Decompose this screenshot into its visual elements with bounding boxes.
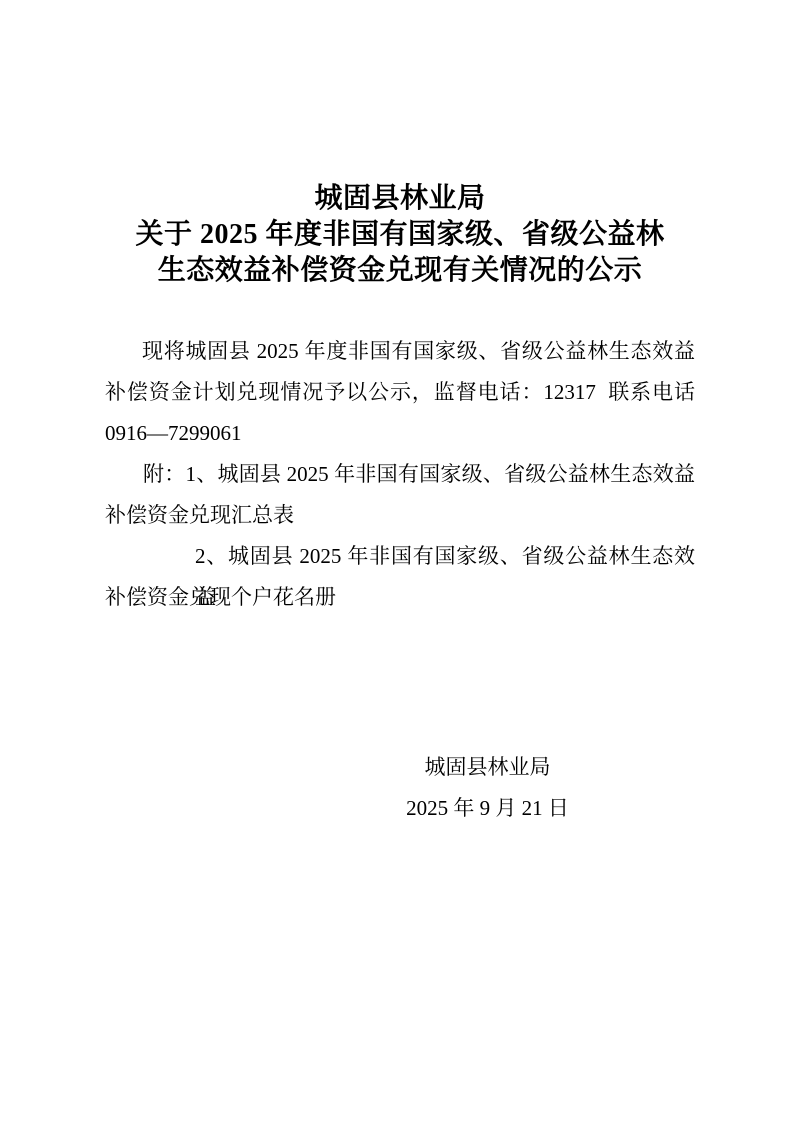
title-line-subject-2: 生态效益补偿资金兑现有关情况的公示 (105, 253, 695, 289)
signature-date: 2025 年 9 月 21 日 (280, 788, 695, 829)
document-title: 城固县林业局 关于 2025 年度非国有国家级、省级公益林 生态效益补偿资金兑现… (105, 181, 695, 289)
body-line: 0916—7299061 (105, 413, 695, 454)
title-line-subject-1: 关于 2025 年度非国有国家级、省级公益林 (105, 217, 695, 253)
body-line: 补偿资金兑现个户花名册 (105, 577, 695, 618)
body-line: 附：1、城固县 2025 年非国有国家级、省级公益林生态效益 (105, 454, 695, 495)
body-line: 补偿资金计划兑现情况予以公示，监督电话：12317 联系电话 (105, 372, 695, 413)
body-line: 补偿资金兑现汇总表 (105, 495, 695, 536)
body-line: 2、城固县 2025 年非国有国家级、省级公益林生态效益 (105, 536, 695, 577)
document-body: 现将城固县 2025 年度非国有国家级、省级公益林生态效益补偿资金计划兑现情况予… (105, 331, 695, 618)
body-line: 现将城固县 2025 年度非国有国家级、省级公益林生态效益 (105, 331, 695, 372)
document-page: 城固县林业局 关于 2025 年度非国有国家级、省级公益林 生态效益补偿资金兑现… (0, 0, 793, 1122)
signature-block: 城固县林业局 2025 年 9 月 21 日 (280, 747, 695, 829)
title-line-org: 城固县林业局 (105, 181, 695, 217)
signature-organization: 城固县林业局 (280, 747, 695, 788)
